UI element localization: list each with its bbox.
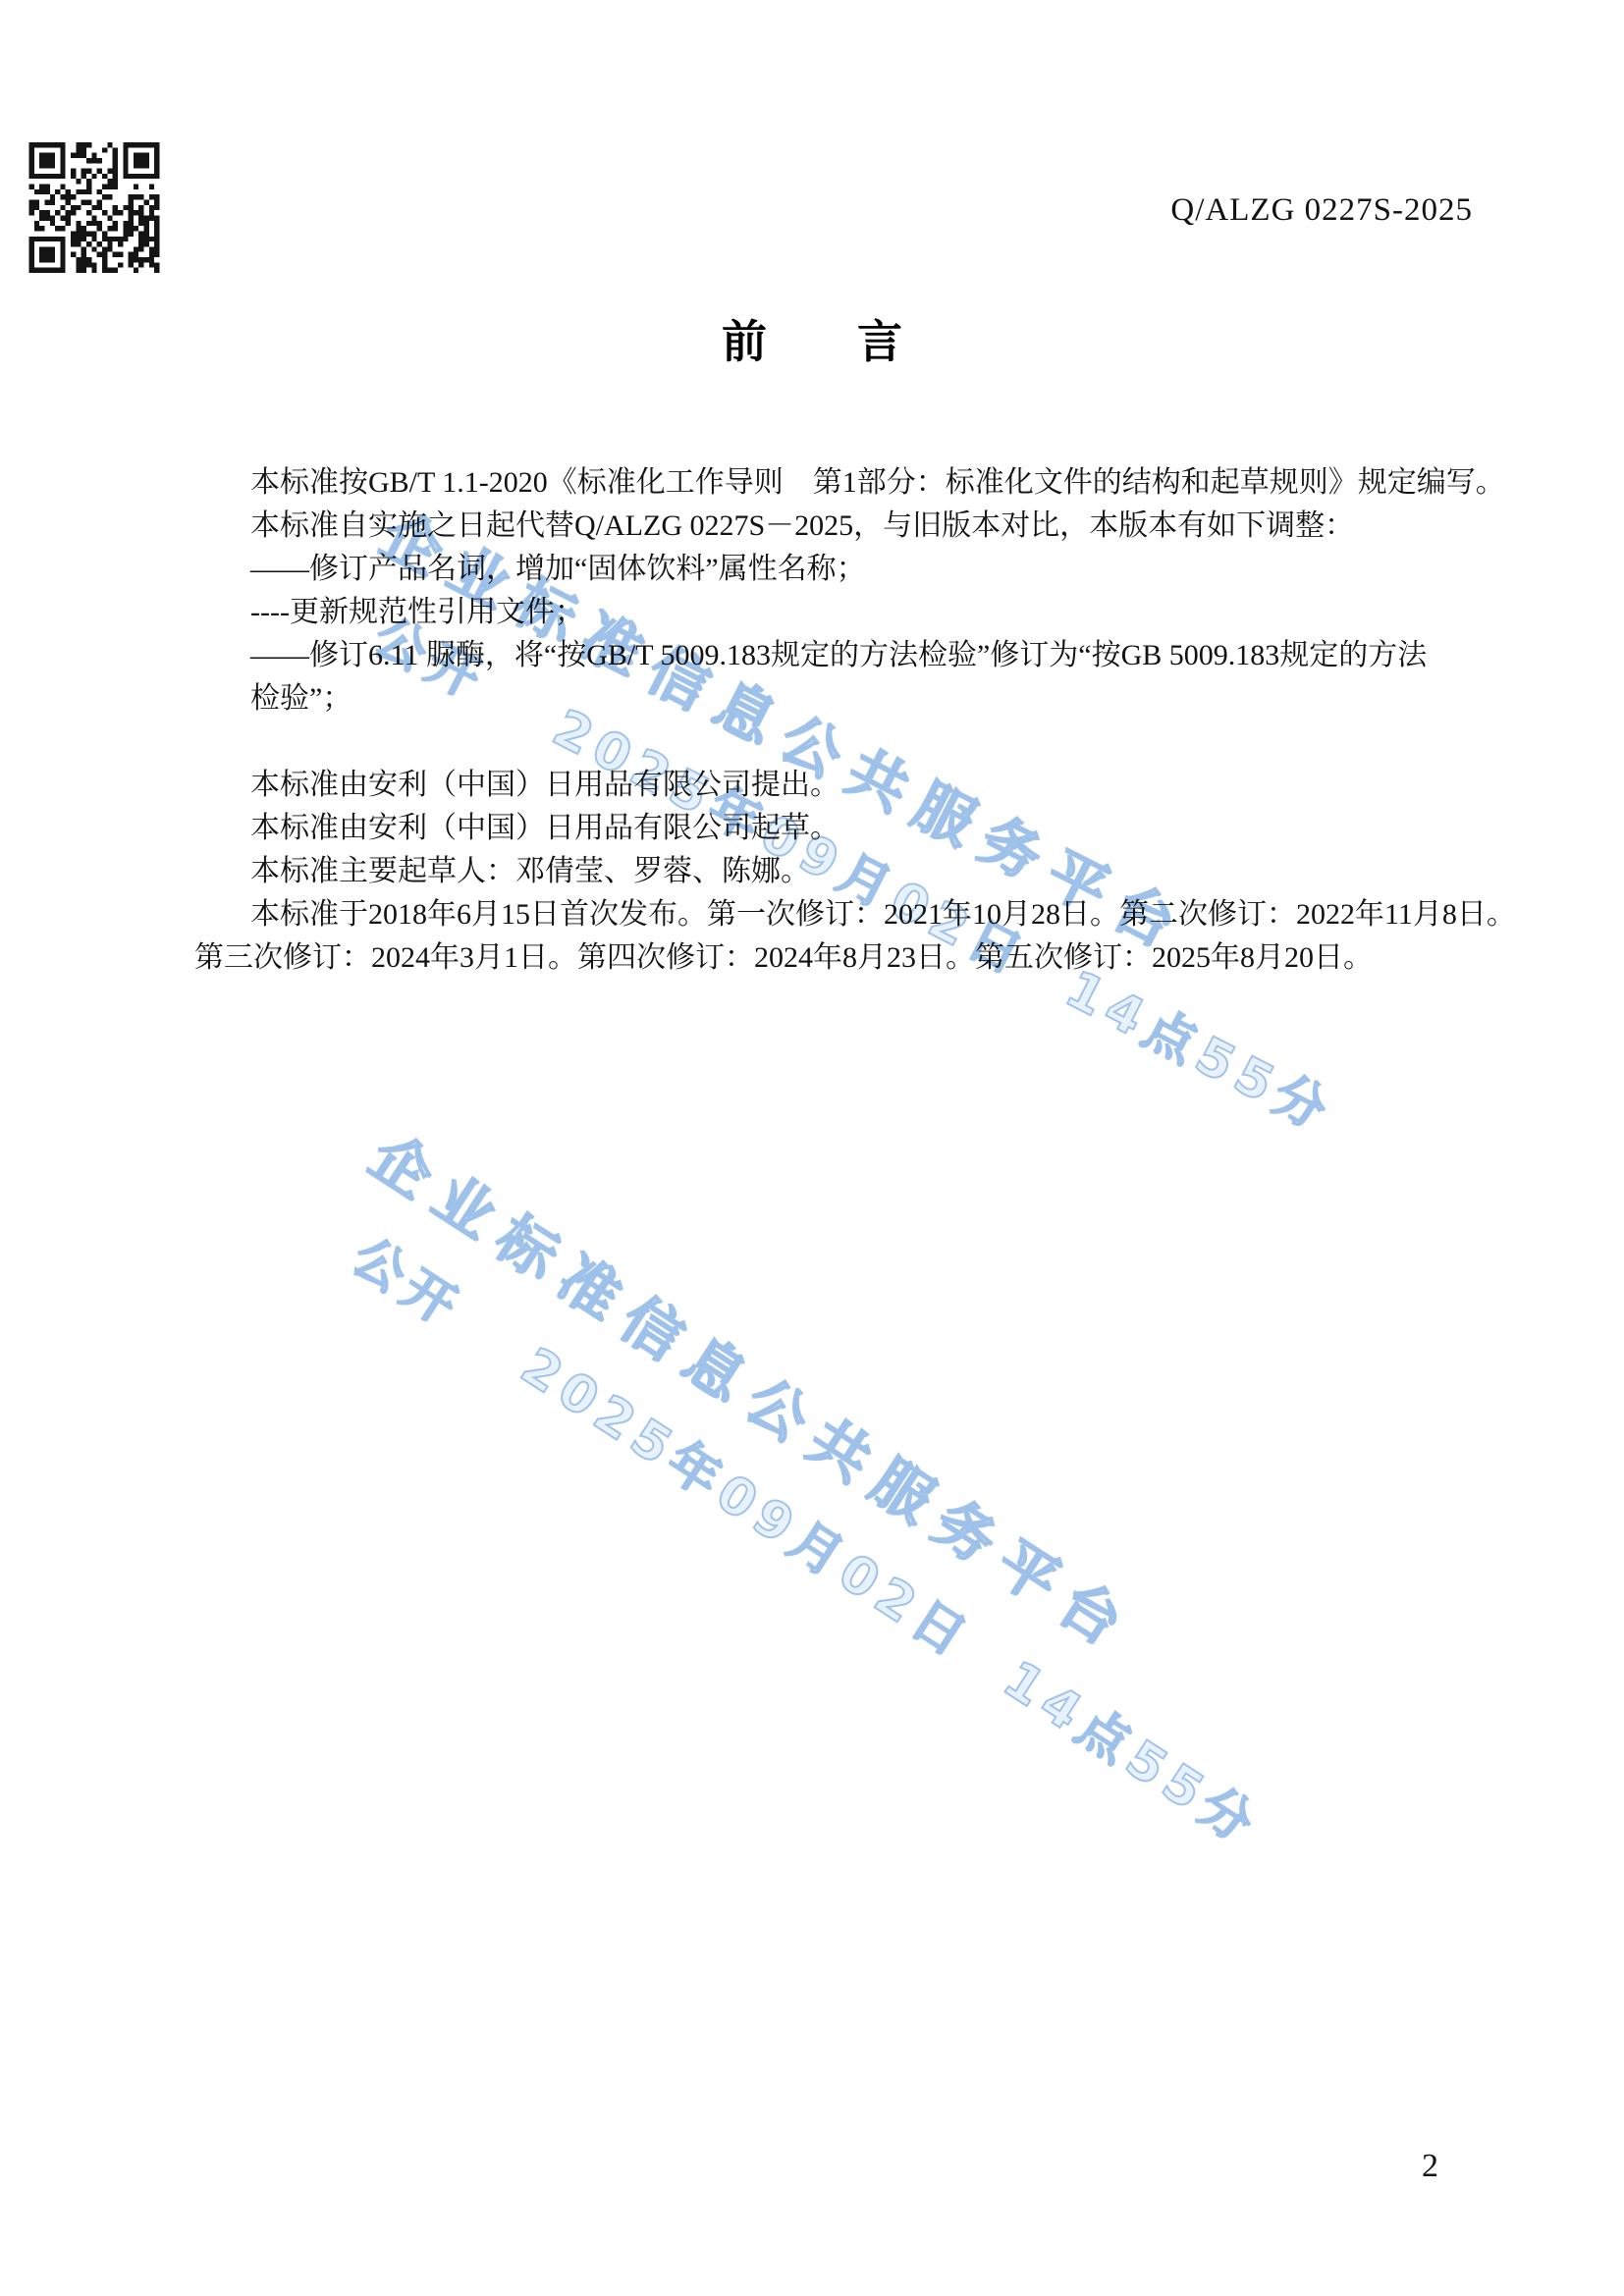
watermark-platform-text: 企业标准信息公共服务平台 [356,1111,1330,1785]
qr-code [27,142,161,273]
watermark-gap [480,1281,550,1326]
foreword-line: 本标准主要起草人：邓倩莹、罗蓉、陈娜。 [250,852,810,891]
foreword-line: ——修订产品名词，增加“固体饮料”属性名称； [250,550,866,589]
watermark-bottom: 企业标准信息公共服务平台 公开 2025年09月02日 14点55分 [308,1111,1331,1859]
foreword-line: 本标准由安利（中国）日用品有限公司起草。 [250,809,839,848]
foreword-line: 本标准于2018年6月15日首次发布。第一次修订：2021年10月28日。第二次… [250,895,1516,934]
watermark-meta-line: 公开 2025年09月02日 14点55分 [308,1196,1276,1860]
watermark-datetime: 2025年09月02日 14点55分 [510,1326,1276,1859]
foreword-line: 本标准按GB/T 1.1-2020《标准化工作导则 第1部分：标准化文件的结构和… [250,463,1505,503]
foreword-line: 本标准自实施之日起代替Q/ALZG 0227S－2025，与旧版本对比，本版本有… [250,507,1354,546]
foreword-line: ——修订6.11 脲酶，将“按GB/T 5009.183规定的方法检验”修订为“… [250,636,1427,675]
document-page: Q/ALZG 0227S-2025 前 言 本标准按GB/T 1.1-2020《… [0,0,1624,2296]
page-title: 前 言 [0,306,1624,371]
page-number: 2 [1422,2148,1438,2185]
foreword-line: ----更新规范性引用文件； [250,593,584,632]
watermark-visibility-label: 公开 [341,1216,480,1342]
foreword-line: 本标准由安利（中国）日用品有限公司提出。 [250,766,839,805]
foreword-line: 第三次修订：2024年3月1日。第四次修订：2024年8月23日。第五次修订：2… [194,938,1373,978]
foreword-line: 检验”； [250,679,352,719]
doc-number: Q/ALZG 0227S-2025 [1170,192,1473,229]
